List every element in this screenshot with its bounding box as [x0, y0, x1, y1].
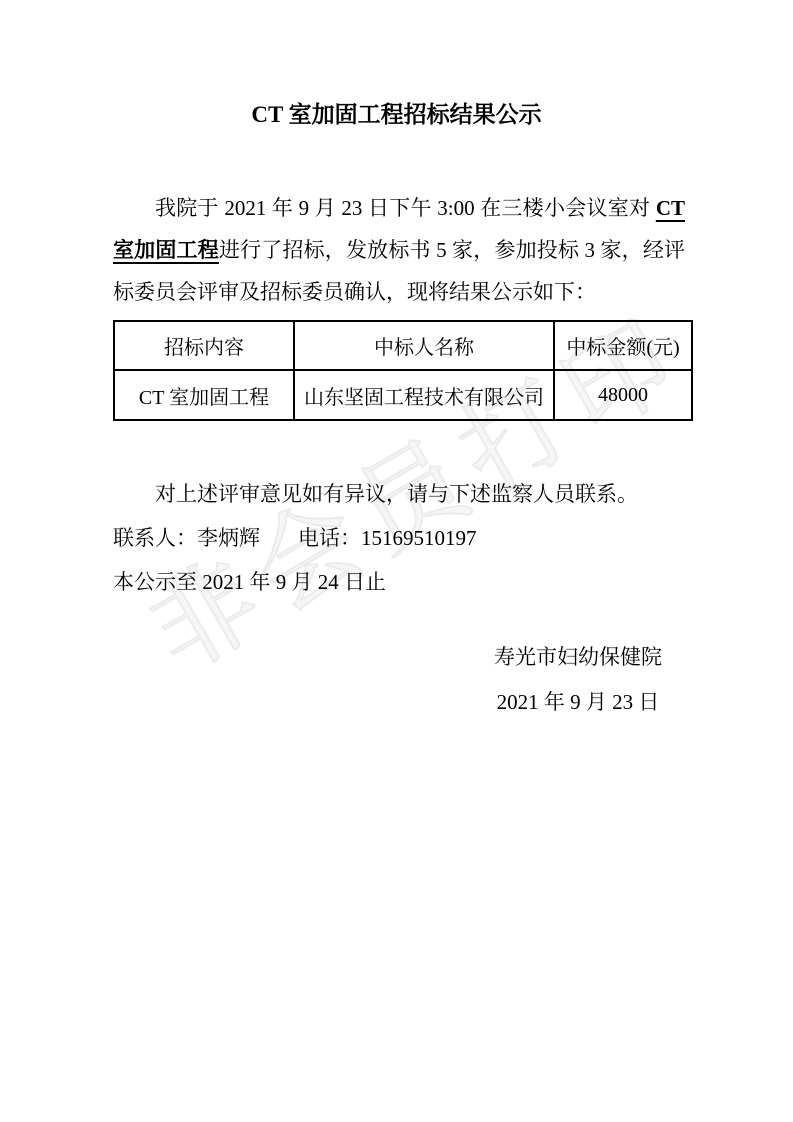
intro-text-before: 我院于 2021 年 9 月 23 日下午 3:00 在三楼小会议室对 — [155, 196, 656, 220]
page-title: CT 室加固工程招标结果公示 — [0, 0, 793, 134]
contact-line: 联系人：李炳辉电话：15169510197 — [113, 517, 685, 559]
bid-result-table: 招标内容 中标人名称 中标金额(元) CT 室加固工程 山东坚固工程技术有限公司… — [113, 320, 693, 421]
document-page: 非会员打印 CT 室加固工程招标结果公示 我院于 2021 年 9 月 23 日… — [0, 0, 793, 1122]
signature-date: 2021 年 9 月 23 日 — [463, 680, 693, 725]
phone-label: 电话： — [298, 526, 361, 550]
table-header-bid-amount: 中标金额(元) — [554, 321, 692, 370]
document-content: CT 室加固工程招标结果公示 我院于 2021 年 9 月 23 日下午 3:0… — [0, 0, 793, 725]
intro-paragraph: 我院于 2021 年 9 月 23 日下午 3:00 在三楼小会议室对 CT 室… — [113, 187, 685, 313]
objection-line: 对上述评审意见如有异议，请与下述监察人员联系。 — [113, 473, 685, 515]
signature-block: 寿光市妇幼保健院 2021 年 9 月 23 日 — [463, 635, 693, 725]
cell-bid-amount: 48000 — [554, 370, 692, 420]
phone-number: 15169510197 — [361, 526, 477, 550]
contact-label: 联系人： — [113, 526, 197, 550]
table-header-row: 招标内容 中标人名称 中标金额(元) — [114, 321, 692, 370]
cell-winner-name: 山东坚固工程技术有限公司 — [294, 370, 554, 420]
table-header-winner-name: 中标人名称 — [294, 321, 554, 370]
table-header-bid-content: 招标内容 — [114, 321, 294, 370]
validity-line: 本公示至 2021 年 9 月 24 日止 — [113, 561, 685, 603]
contact-name: 李炳辉 — [197, 526, 260, 550]
cell-bid-content: CT 室加固工程 — [114, 370, 294, 420]
table-row: CT 室加固工程 山东坚固工程技术有限公司 48000 — [114, 370, 692, 420]
org-name: 寿光市妇幼保健院 — [463, 635, 693, 680]
